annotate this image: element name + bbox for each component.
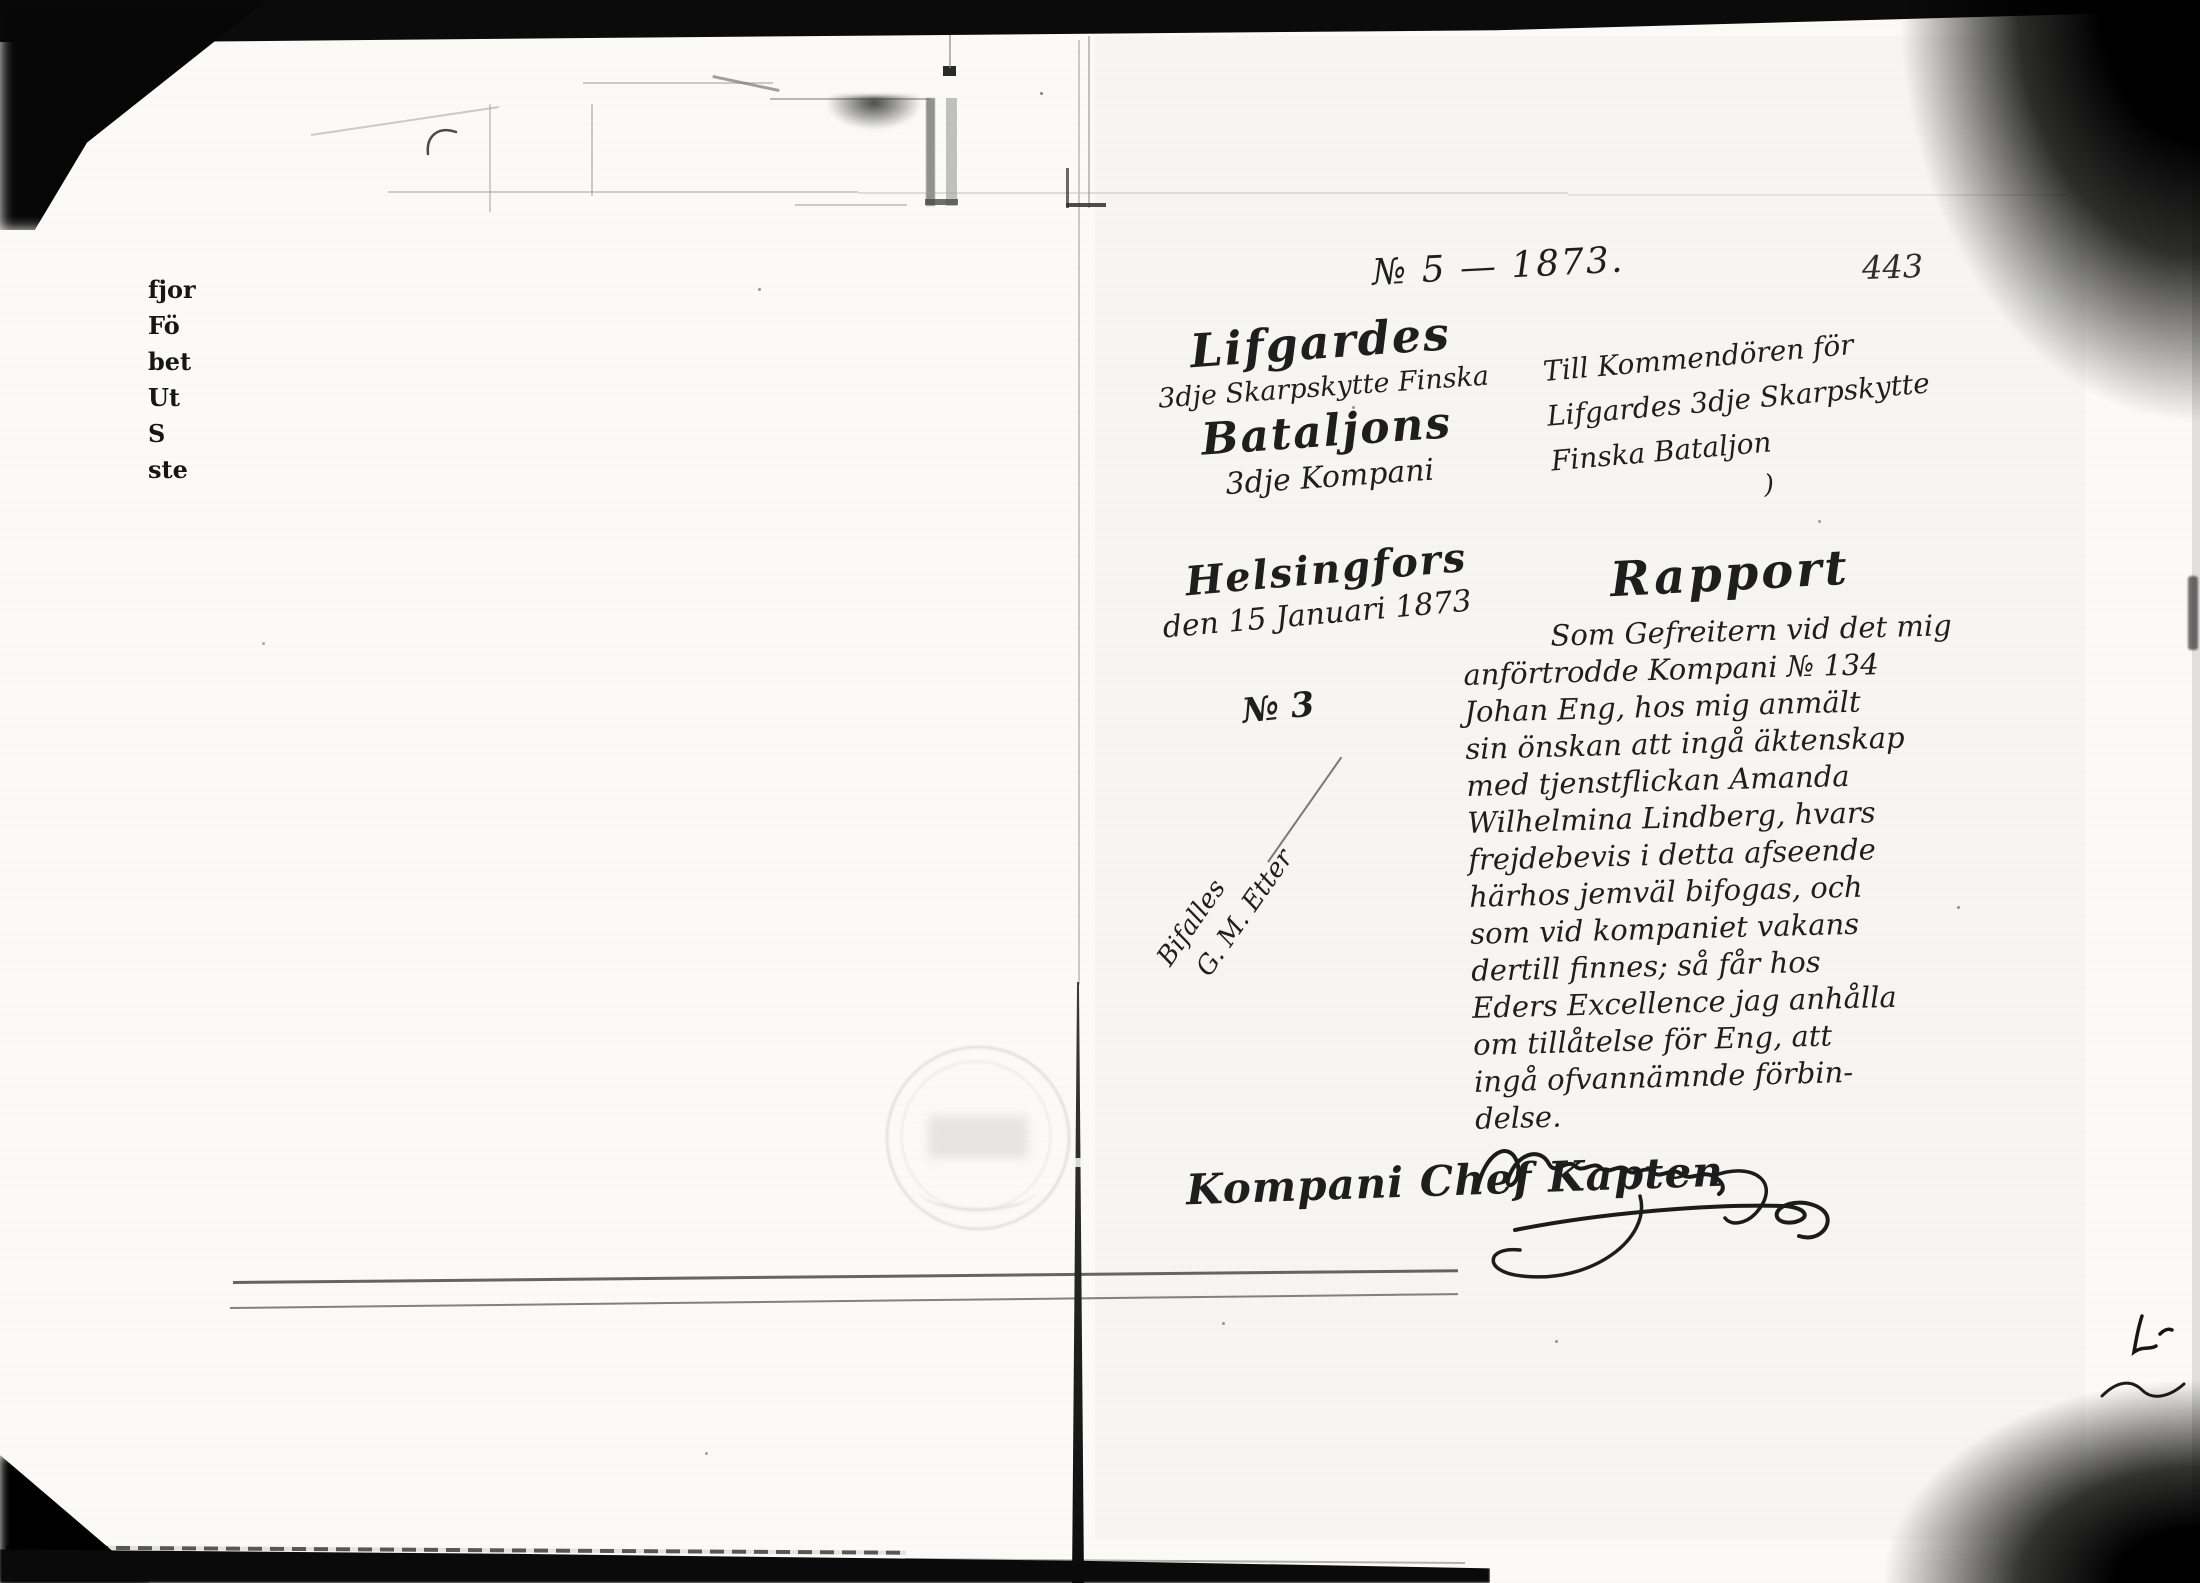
scan-edge-mark — [2188, 576, 2198, 650]
paper-edge-line — [795, 204, 907, 206]
scan-corner-bottom-right — [1770, 1330, 2200, 1583]
printed-text-fragments: fjor Fö bet Ut S ste — [148, 272, 196, 488]
scanned-archive-page: fjor Fö bet Ut S ste № 5 — 1873. 443 — [0, 0, 2200, 1583]
paper-edge-line — [489, 104, 491, 212]
paper-edge-line — [388, 191, 858, 193]
sender-block: Lifgardes 3dje Skarpskytte Finska Batalj… — [1134, 303, 1516, 512]
paper-fold-strip — [926, 98, 935, 206]
dust-speck — [1222, 1322, 1225, 1325]
book-fold-gap — [1072, 1158, 1084, 1167]
paper-edge-line — [1088, 36, 1090, 208]
fragment-line: Ut — [148, 380, 196, 416]
paper-fold-strip — [946, 98, 957, 206]
book-fold-shadow — [1072, 982, 1084, 1583]
fragment-line: S — [148, 416, 196, 452]
dust-speck — [1040, 92, 1043, 95]
seal-emblem — [928, 1116, 1028, 1158]
paper-edge-line — [858, 192, 1568, 194]
paper-edge-line — [1066, 203, 1106, 207]
captain-signature-flourish — [1455, 1118, 1925, 1278]
fragment-line: bet — [148, 344, 196, 380]
report-body: Som Gefreitern vid det mig anförtrodde K… — [1462, 608, 1925, 1138]
seal-text-arc — [918, 1166, 1038, 1211]
paper-edge-line — [311, 106, 499, 136]
scan-corner-top-right — [1820, 0, 2200, 640]
archive-seal — [886, 1046, 1070, 1230]
ink-mark — [424, 124, 460, 158]
dust-speck — [705, 1452, 708, 1455]
dust-speck — [758, 288, 761, 291]
paper-edge-shadow — [826, 96, 922, 130]
paper-edge-line — [1066, 168, 1069, 208]
dust-speck — [1957, 906, 1960, 909]
dust-speck — [262, 642, 265, 645]
fragment-line: fjor — [148, 272, 196, 308]
dust-speck — [1352, 406, 1355, 409]
fragment-line: ste — [148, 452, 196, 488]
paper-edge-line — [925, 199, 958, 205]
report-number: № 3 — [1240, 684, 1316, 731]
dust-speck — [1555, 1340, 1558, 1343]
book-fold-line — [1078, 40, 1080, 985]
paper-edge-line — [949, 34, 951, 68]
paper-edge-line — [591, 104, 593, 196]
fragment-line: Fö — [148, 308, 196, 344]
scan-border-right — [2192, 0, 2200, 1583]
